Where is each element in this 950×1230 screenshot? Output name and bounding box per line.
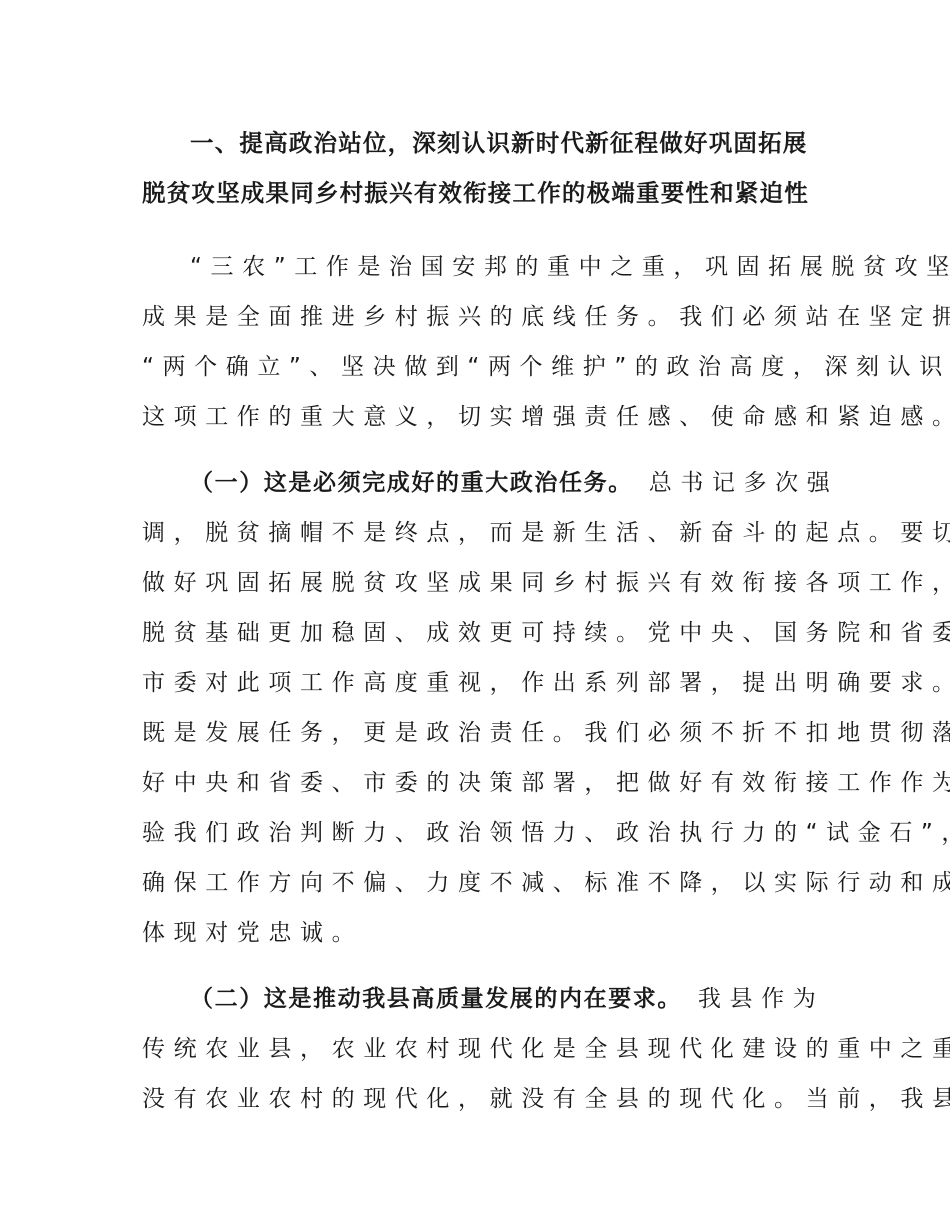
paragraph-line: 做好巩固拓展脱贫攻坚成果同乡村振兴有效衔接各项工作，让 bbox=[142, 558, 812, 608]
paragraph-line: 没有农业农村的现代化，就没有全县的现代化。当前，我县发 bbox=[142, 1074, 812, 1124]
subsection-1-first-line: （一）这是必须完成好的重大政治任务。 总书记多次强 bbox=[142, 458, 812, 508]
subsection-1-text: 总书记多次强 bbox=[649, 470, 839, 496]
subsection-2-title: （二）这是推动我县高质量发展的内在要求。 bbox=[190, 986, 682, 1012]
paragraph-line: 体现对党忠诚。 bbox=[142, 908, 812, 958]
subsection-2-first-line: （二）这是推动我县高质量发展的内在要求。 我县作为 bbox=[142, 974, 812, 1024]
subsection-1: （一）这是必须完成好的重大政治任务。 总书记多次强 调，脱贫摘帽不是终点，而是新… bbox=[142, 458, 812, 958]
section-heading-line-2: 脱贫攻坚成果同乡村振兴有效衔接工作的极端重要性和紧迫性 bbox=[142, 168, 812, 218]
section-heading-line-1: 一、提高政治站位，深刻认识新时代新征程做好巩固拓展 bbox=[142, 118, 812, 168]
paragraph-line: 这项工作的重大意义，切实增强责任感、使命感和紧迫感。 bbox=[142, 392, 812, 442]
paragraph-line: 验我们政治判断力、政治领悟力、政治执行力的“试金石”， bbox=[142, 808, 812, 858]
subsection-2-text: 我县作为 bbox=[698, 986, 824, 1012]
subsection-1-title: （一）这是必须完成好的重大政治任务。 bbox=[190, 470, 633, 496]
paragraph-line: 脱贫基础更加稳固、成效更可持续。党中央、国务院和省委、 bbox=[142, 608, 812, 658]
paragraph-line: “两个确立”、坚决做到“两个维护”的政治高度，深刻认识 bbox=[142, 342, 812, 392]
intro-paragraph: “三农”工作是治国安邦的重中之重，巩固拓展脱贫攻坚 成果是全面推进乡村振兴的底线… bbox=[142, 242, 812, 442]
paragraph-line: “三农”工作是治国安邦的重中之重，巩固拓展脱贫攻坚 bbox=[142, 242, 812, 292]
paragraph-line: 既是发展任务，更是政治责任。我们必须不折不扣地贯彻落实 bbox=[142, 708, 812, 758]
paragraph-line: 市委对此项工作高度重视，作出系列部署，提出明确要求。这 bbox=[142, 658, 812, 708]
subsection-2: （二）这是推动我县高质量发展的内在要求。 我县作为 传统农业县，农业农村现代化是… bbox=[142, 974, 812, 1124]
section-heading: 一、提高政治站位，深刻认识新时代新征程做好巩固拓展 脱贫攻坚成果同乡村振兴有效衔… bbox=[142, 118, 812, 218]
paragraph-line: 好中央和省委、市委的决策部署，把做好有效衔接工作作为检 bbox=[142, 758, 812, 808]
paragraph-line: 成果是全面推进乡村振兴的底线任务。我们必须站在坚定拥护 bbox=[142, 292, 812, 342]
document-page: 一、提高政治站位，深刻认识新时代新征程做好巩固拓展 脱贫攻坚成果同乡村振兴有效衔… bbox=[142, 118, 812, 1124]
paragraph-line: 确保工作方向不偏、力度不减、标准不降，以实际行动和成效 bbox=[142, 858, 812, 908]
paragraph-line: 调，脱贫摘帽不是终点，而是新生活、新奋斗的起点。要切实 bbox=[142, 508, 812, 558]
paragraph-line: 传统农业县，农业农村现代化是全县现代化建设的重中之重。 bbox=[142, 1024, 812, 1074]
